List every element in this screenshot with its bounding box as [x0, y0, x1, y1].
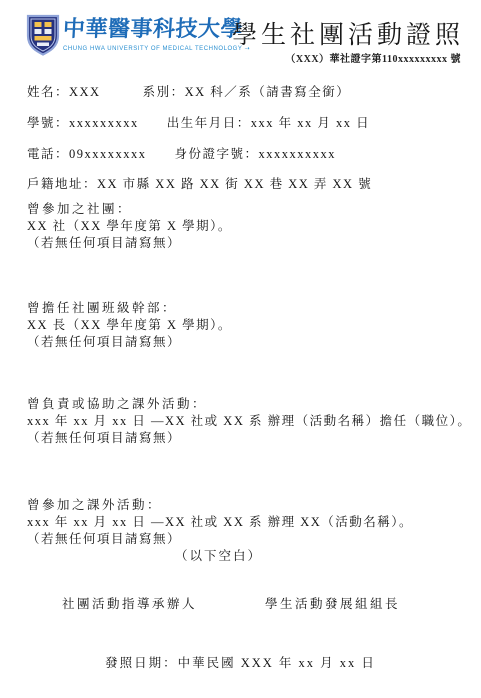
section-officer-entry: XX 長（XX 學年度第 X 學期）。	[27, 318, 232, 332]
university-name-zh: 中華醫事科技大學	[62, 14, 251, 44]
info-line-name-dept: 姓名：XXX 系別：XX 科／系（請書寫全銜）	[27, 85, 350, 99]
certificate-title: 學生社團活動證照	[232, 15, 464, 51]
section-organized-note: （若無任何項目請寫無）	[27, 431, 181, 445]
signature-group-leader-label: 學生活動發展組組長	[265, 594, 400, 612]
section-officer-note: （若無任何項目請寫無）	[27, 335, 181, 349]
section-participated-note: （若無任何項目請寫無）	[27, 532, 181, 546]
section-clubs-entry: XX 社（XX 學年度第 X 學期）。	[27, 219, 232, 233]
certificate-page: 中華醫事科技大學 CHUNG HWA UNIVERSITY OF MEDICAL…	[0, 0, 481, 698]
section-organized-heading: 曾負責或協助之課外活動：	[27, 397, 207, 411]
section-participated-heading: 曾參加之課外活動：	[27, 498, 162, 512]
university-crest-icon	[26, 14, 60, 56]
info-line-studentid-dob: 學號：xxxxxxxxx 出生年月日：xxx 年 xx 月 xx 日	[27, 116, 370, 130]
blank-below-label: （以下空白）	[0, 549, 459, 563]
info-line-address: 戶籍地址：XX 市縣 XX 路 XX 街 XX 巷 XX 弄 XX 號	[27, 177, 372, 191]
section-participated-entry: xxx 年 xx 月 xx 日 —XX 社或 XX 系 辦理 XX（活動名稱）。	[27, 515, 413, 529]
signature-advisor-label: 社團活動指導承辦人	[62, 594, 197, 612]
certificate-number: （XXX）華社證字第110xxxxxxxxx 號	[285, 50, 461, 65]
section-clubs-heading: 曾參加之社團：	[27, 202, 132, 216]
info-line-phone-id: 電話：09xxxxxxxx 身份證字號：xxxxxxxxxx	[27, 147, 336, 161]
section-clubs-note: （若無任何項目請寫無）	[27, 236, 181, 250]
university-name-block: 中華醫事科技大學 CHUNG HWA UNIVERSITY OF MEDICAL…	[63, 14, 250, 52]
section-organized-entry: xxx 年 xx 月 xx 日 —XX 社或 XX 系 辦理（活動名稱）擔任（職…	[27, 414, 471, 428]
section-officer-heading: 曾擔任社團班級幹部：	[27, 301, 177, 315]
university-logo: 中華醫事科技大學 CHUNG HWA UNIVERSITY OF MEDICAL…	[26, 14, 250, 56]
issue-date: 發照日期：中華民國 XXX 年 xx 月 xx 日	[0, 656, 481, 670]
university-name-en: CHUNG HWA UNIVERSITY OF MEDICAL TECHNOLO…	[63, 45, 250, 52]
